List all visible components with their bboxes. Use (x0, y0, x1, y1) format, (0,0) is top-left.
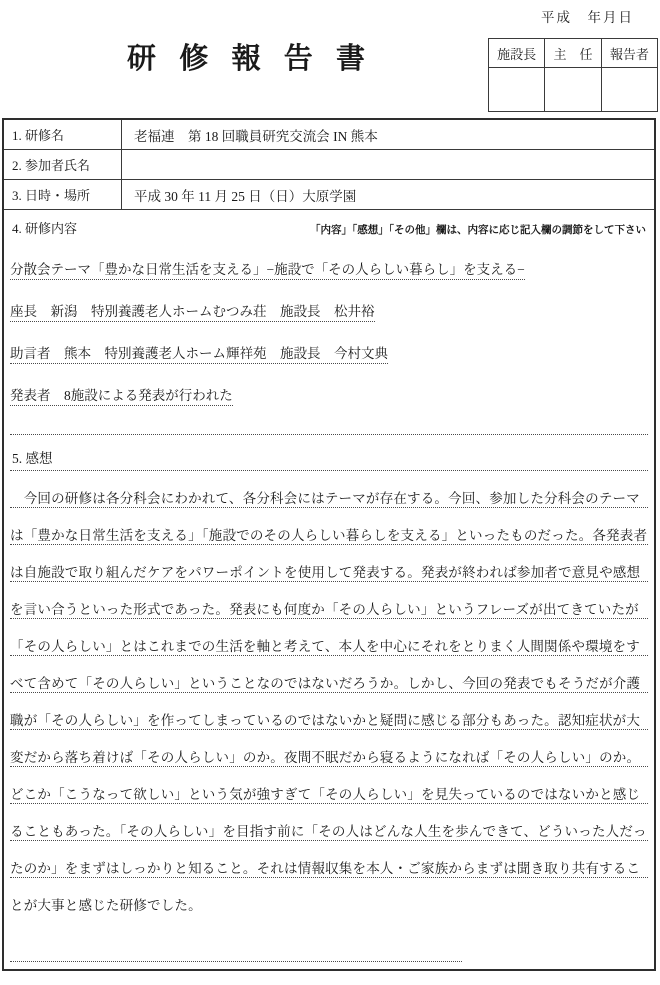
training-content-line-presenters: 発表者 8施設による発表が行われた (10, 386, 648, 405)
impression-line-7: 職が「その人らしい」を作ってしまっているのではないかと疑問に感じる部分もあった。… (10, 693, 648, 730)
impression-line-5: 「その人らしい」とはこれまでの生活を軸と考えて、本人を中心にそれをとりまく人間関… (10, 619, 648, 656)
approval-header-row: 施設長 主 任 報告者 (489, 39, 657, 68)
impression-line-11: たのか」をまずはしっかりと知ること。それは情報収集を本人・ご家族からまずは聞き取… (10, 841, 648, 878)
training-content-line-theme: 分散会テーマ「豊かな日常生活を支える」−施設で「その人らしい暮らし」を支える− (10, 260, 648, 279)
approval-stamp-row (489, 68, 657, 111)
field-label-training-name: 1. 研修名 (4, 120, 122, 149)
report-table: 1. 研修名 老福連 第 18 回職員研究交流会 IN 熊本 2. 参加者氏名 … (2, 118, 656, 971)
impression-line-2: は「豊かな日常生活を支える」「施設でのその人らしい暮らしを支える」といったものだ… (10, 508, 648, 545)
field-value-participants (122, 150, 654, 179)
approval-col-facility-director: 施設長 (489, 39, 545, 67)
trailing-dotted-line (10, 961, 462, 962)
impression-line-9: どこか「こうなって欲しい」という気が強すぎて「その人らしい」を見失っているのでは… (10, 767, 648, 804)
training-content-line-chair: 座長 新潟 特別養護老人ホームむつみ荘 施設長 松井裕 (10, 302, 648, 321)
impression-line-8: 変だから落ち着けば「その人らしい」のか。夜間不眠だから寝るようになれば「その人ら… (10, 730, 648, 767)
impression-line-10: ることもあった。「その人らしい」を目指す前に「その人はどんな人生を歩んできて、ど… (10, 804, 648, 841)
report-page: 平成 年月日 研 修 報 告 書 施設長 主 任 報告者 1. 研修名 老福連 … (0, 0, 660, 985)
impression-line-4: を言い合うといった形式であった。発表にも何度か「その人らしい」というフレーズが出… (10, 582, 648, 619)
field-value-date-place: 平成 30 年 11 月 25 日（日）大原学園 (122, 180, 654, 209)
field-value-training-name: 老福連 第 18 回職員研究交流会 IN 熊本 (122, 120, 654, 149)
section-divider-dotted (10, 434, 648, 435)
field-row-training-name: 1. 研修名 老福連 第 18 回職員研究交流会 IN 熊本 (4, 120, 654, 150)
field-row-participants: 2. 参加者氏名 (4, 150, 654, 180)
report-content-area: 4. 研修内容 「内容」「感想」「その他」欄は、内容に応じ記入欄の調節をして下さ… (4, 210, 654, 962)
approval-stamp-cell-facility-director (489, 68, 545, 111)
approval-col-chief: 主 任 (545, 39, 601, 67)
approval-stamp-cell-reporter (602, 68, 657, 111)
training-content-line-advisor: 助言者 熊本 特別養護老人ホーム輝祥苑 施設長 今村文典 (10, 344, 648, 363)
section5-heading: 5. 感想 (10, 446, 648, 471)
section4-heading-row: 4. 研修内容 「内容」「感想」「その他」欄は、内容に応じ記入欄の調節をして下さ… (10, 218, 648, 237)
impression-line-6: べて含めて「その人らしい」ということなのではないだろうか。しかし、今回の発表でも… (10, 656, 648, 693)
impression-line-1: 今回の研修は各分科会にわかれて、各分科会にはテーマが存在する。今回、参加した分科… (10, 471, 648, 508)
impression-line-3: は自施設で取り組んだケアをパワーポイントを使用して発表する。発表が終われば参加者… (10, 545, 648, 582)
date-label: 平成 年月日 (541, 6, 634, 26)
approval-stamp-table: 施設長 主 任 報告者 (488, 38, 658, 112)
approval-col-reporter: 報告者 (602, 39, 657, 67)
page-title: 研 修 報 告 書 (95, 36, 405, 77)
approval-stamp-cell-chief (545, 68, 601, 111)
section4-instruction-note: 「内容」「感想」「その他」欄は、内容に応じ記入欄の調節をして下さい (310, 222, 648, 237)
impression-line-12: とが大事と感じた研修でした。 (10, 878, 648, 914)
field-label-date-place: 3. 日時・場所 (4, 180, 122, 209)
field-row-date-place: 3. 日時・場所 平成 30 年 11 月 25 日（日）大原学園 (4, 180, 654, 210)
section4-heading: 4. 研修内容 (10, 218, 77, 237)
field-label-participants: 2. 参加者氏名 (4, 150, 122, 179)
